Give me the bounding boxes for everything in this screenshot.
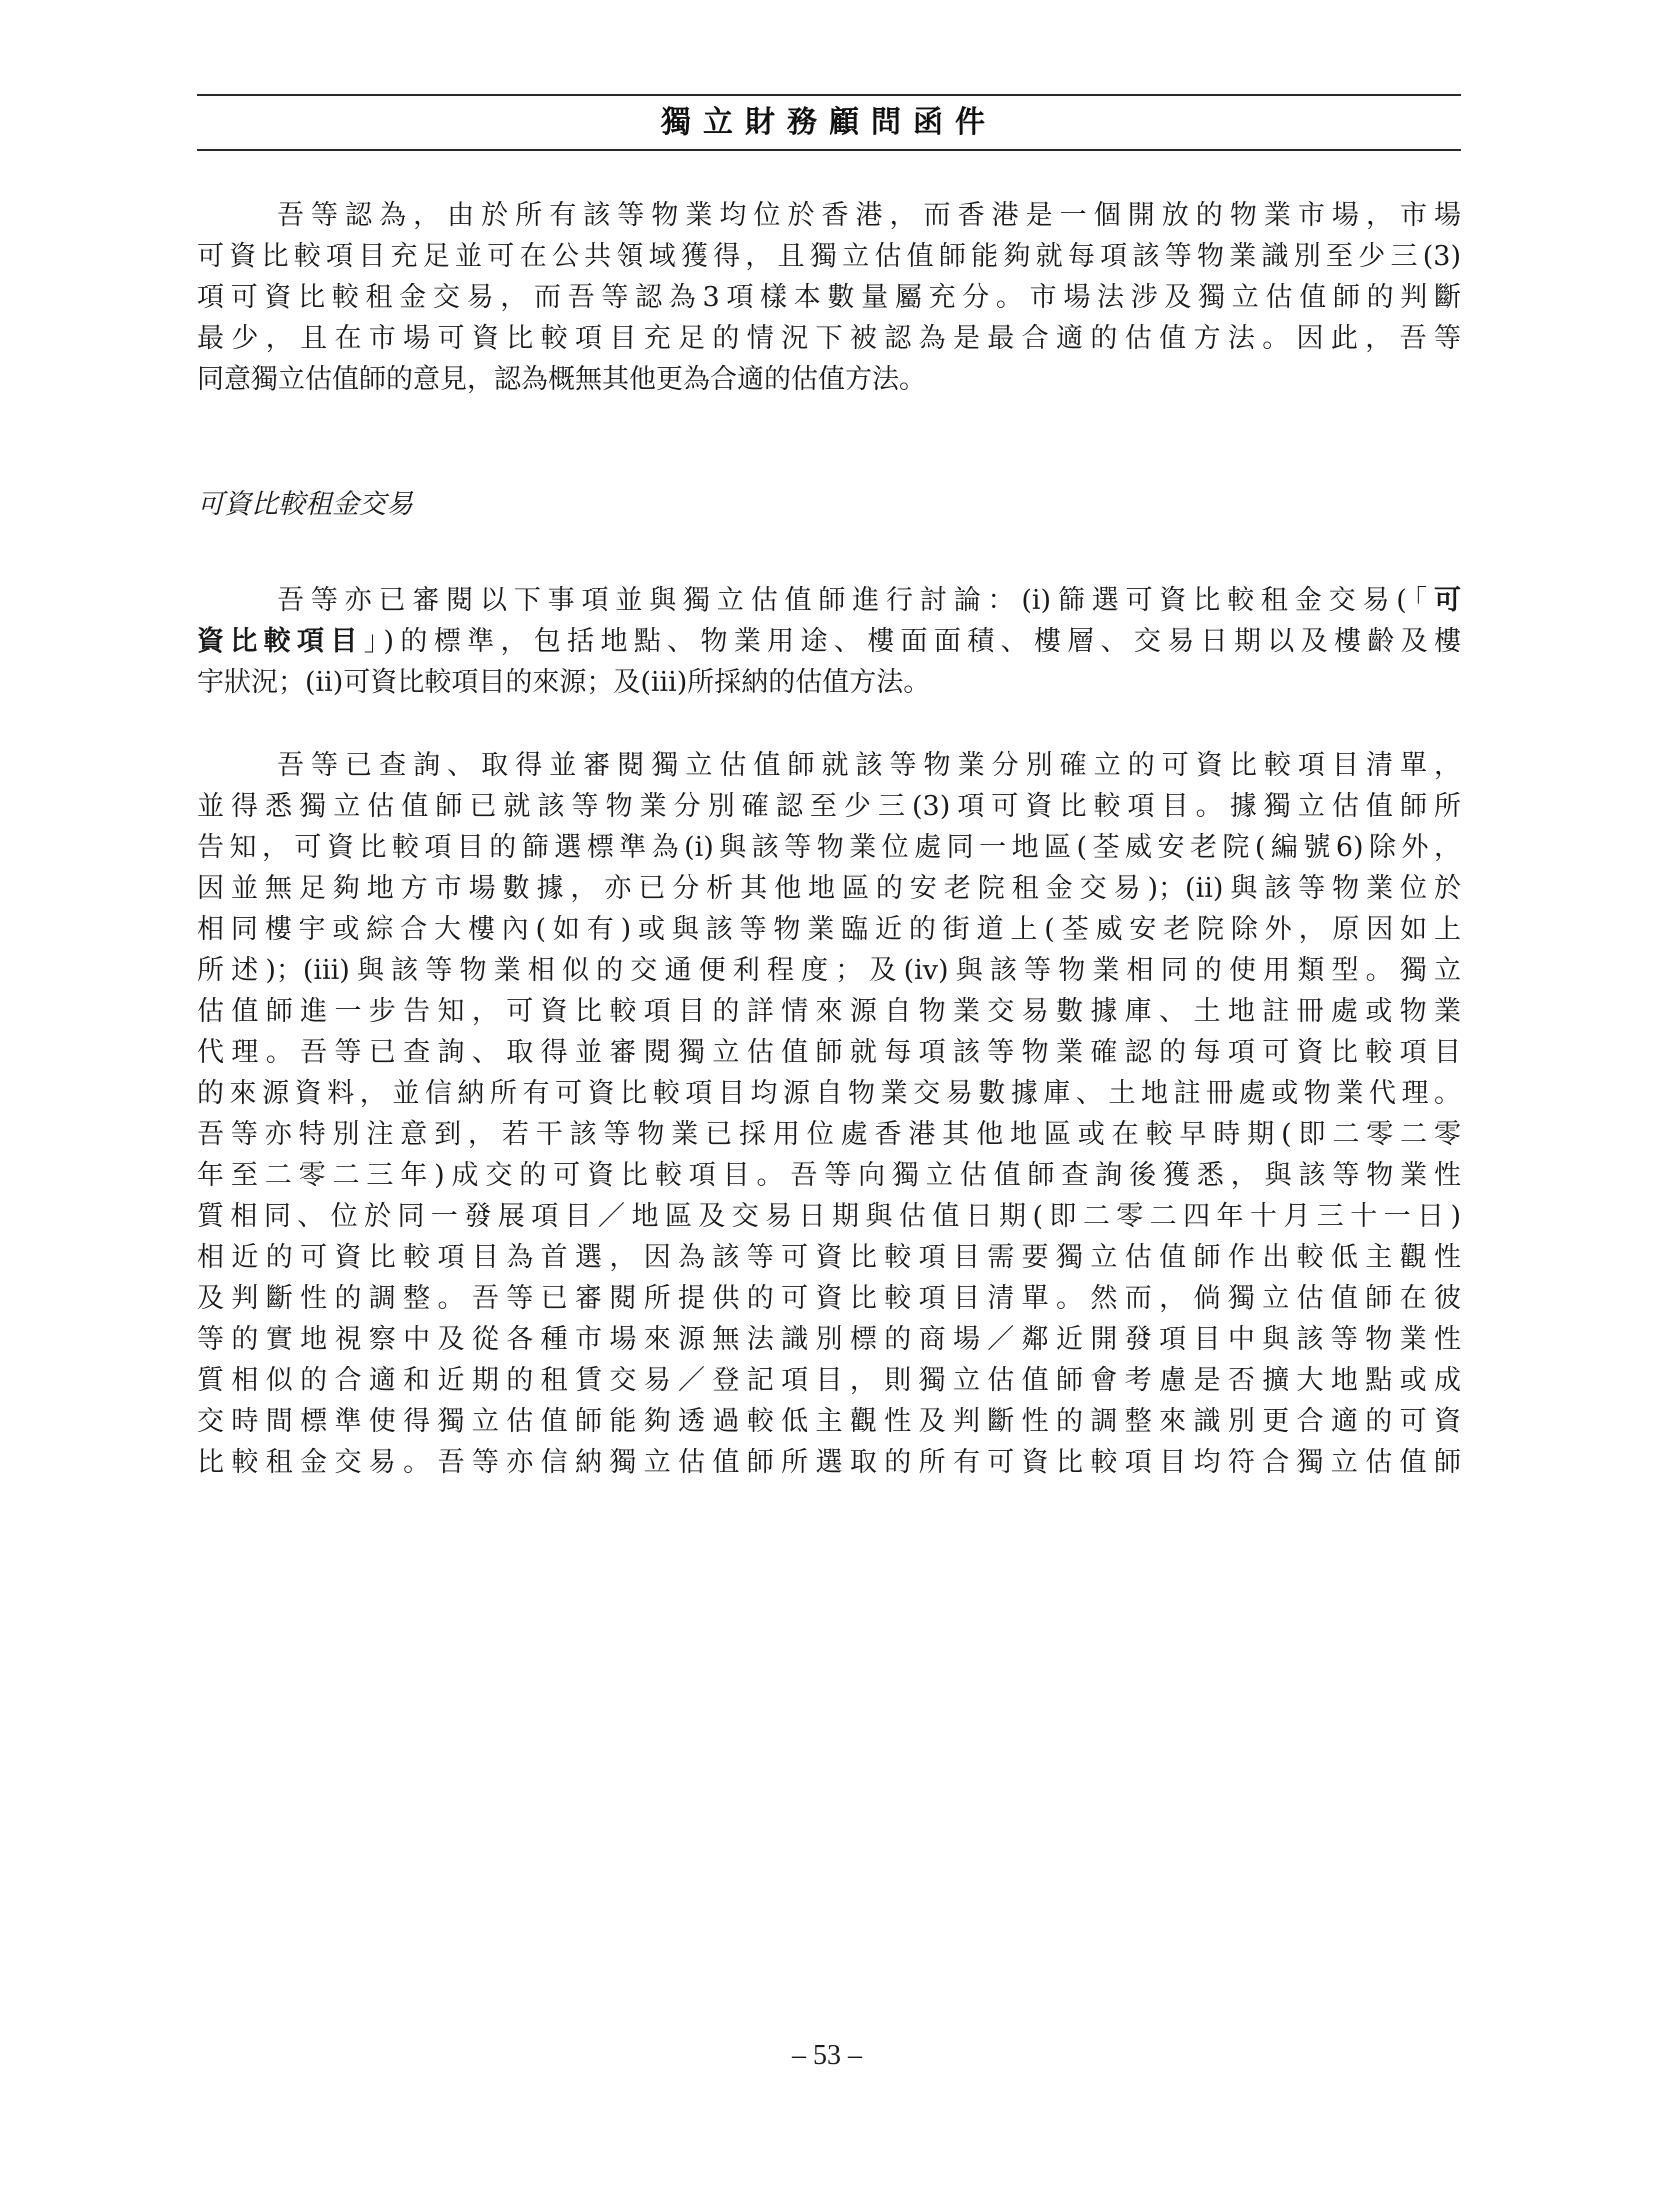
paragraph-line: 告知，可資比較項目的篩選標準為(i)與該等物業位處同一地區(荃威安老院(編號6)… xyxy=(197,827,1461,868)
paragraph-3: 吾等已查詢、取得並審閱獨立估值師就該等物業分別確立的可資比較項目清單， 並得悉獨… xyxy=(197,745,1461,1483)
paragraph-line: 比較租金交易。吾等亦信納獨立估值師所選取的所有可資比較項目均符合獨立估值師 xyxy=(197,1442,1461,1483)
paragraph-line: 質相同、位於同一發展項目／地區及交易日期與估值日期(即二零二四年十月三十一日) xyxy=(197,1196,1461,1237)
paragraph-line: 質相似的合適和近期的租賃交易／登記項目，則獨立估值師會考慮是否擴大地點或成 xyxy=(197,1360,1461,1401)
defined-term: 可 xyxy=(1434,585,1461,616)
section-heading: 可資比較租金交易 xyxy=(197,484,1461,525)
paragraph-line: 年至二零二三年)成交的可資比較項目。吾等向獨立估值師查詢後獲悉，與該等物業性 xyxy=(197,1155,1461,1196)
paragraph-1: 吾等認為，由於所有該等物業均位於香港，而香港是一個開放的物業市場，市場 可資比較… xyxy=(197,195,1461,400)
paragraph-line: 及判斷性的調整。吾等已審閱所提供的可資比較項目清單。然而，倘獨立估值師在彼 xyxy=(197,1278,1461,1319)
page-title: 獨立財務顧問函件 xyxy=(197,101,1461,145)
paragraph-line: 代理。吾等已查詢、取得並審閱獨立估值師就每項該等物業確認的每項可資比較項目 xyxy=(197,1032,1461,1073)
paragraph-line: 資比較項目」)的標準，包括地點、物業用途、樓面面積、樓層、交易日期以及樓齡及樓 xyxy=(197,621,1461,662)
paragraph-line: 相近的可資比較項目為首選，因為該等可資比較項目需要獨立估值師作出較低主觀性 xyxy=(197,1237,1461,1278)
paragraph-2: 吾等亦已審閱以下事項並與獨立估值師進行討論：(i)篩選可資比較租金交易(「可 資… xyxy=(197,580,1461,703)
paragraph-line: 相同樓宇或綜合大樓內(如有)或與該等物業臨近的街道上(荃威安老院除外，原因如上 xyxy=(197,909,1461,950)
paragraph-line: 等的實地視察中及從各種市場來源無法識別標的商場／鄰近開發項目中與該等物業性 xyxy=(197,1319,1461,1360)
paragraph-line: 交時間標準使得獨立估值師能夠透過較低主觀性及判斷性的調整來識別更合適的可資 xyxy=(197,1401,1461,1442)
page-number: – 53 – xyxy=(0,2040,1654,2072)
paragraph-line: 吾等亦特別注意到，若干該等物業已採用位處香港其他地區或在較早時期(即二零二零 xyxy=(197,1114,1461,1155)
paragraph-line: 同意獨立估值師的意見，認為概無其他更為合適的估值方法。 xyxy=(197,359,1461,400)
paragraph-line: 吾等已查詢、取得並審閱獨立估值師就該等物業分別確立的可資比較項目清單， xyxy=(197,745,1461,786)
paragraph-line: 可資比較項目充足並可在公共領域獲得，且獨立估值師能夠就每項該等物業識別至少三(3… xyxy=(197,236,1461,277)
paragraph-line: 因並無足夠地方市場數據，亦已分析其他地區的安老院租金交易)；(ii)與該等物業位… xyxy=(197,868,1461,909)
header-top-rule xyxy=(197,94,1461,96)
header-bottom-rule xyxy=(197,149,1461,151)
paragraph-line: 並得悉獨立估值師已就該等物業分別確認至少三(3)項可資比較項目。據獨立估值師所 xyxy=(197,786,1461,827)
paragraph-text: 」)的標準，包括地點、物業用途、樓面面積、樓層、交易日期以及樓齡及樓 xyxy=(364,626,1461,657)
paragraph-line: 的來源資料，並信納所有可資比較項目均源自物業交易數據庫、土地註冊處或物業代理。 xyxy=(197,1073,1461,1114)
defined-term: 資比較項目 xyxy=(197,626,364,657)
paragraph-line: 吾等認為，由於所有該等物業均位於香港，而香港是一個開放的物業市場，市場 xyxy=(197,195,1461,236)
paragraph-line: 估值師進一步告知，可資比較項目的詳情來源自物業交易數據庫、土地註冊處或物業 xyxy=(197,991,1461,1032)
paragraph-text: 吾等亦已審閱以下事項並與獨立估值師進行討論：(i)篩選可資比較租金交易(「 xyxy=(277,585,1434,616)
paragraph-line: 最少，且在市場可資比較項目充足的情況下被認為是最合適的估值方法。因此，吾等 xyxy=(197,318,1461,359)
paragraph-line: 所述)；(iii)與該等物業相似的交通便利程度；及(iv)與該等物業相同的使用類… xyxy=(197,950,1461,991)
paragraph-line: 項可資比較租金交易，而吾等認為3項樣本數量屬充分。市場法涉及獨立估值師的判斷 xyxy=(197,277,1461,318)
paragraph-line: 宇狀況；(ii)可資比較項目的來源；及(iii)所採納的估值方法。 xyxy=(197,662,1461,703)
paragraph-line: 吾等亦已審閱以下事項並與獨立估值師進行討論：(i)篩選可資比較租金交易(「可 xyxy=(197,580,1461,621)
